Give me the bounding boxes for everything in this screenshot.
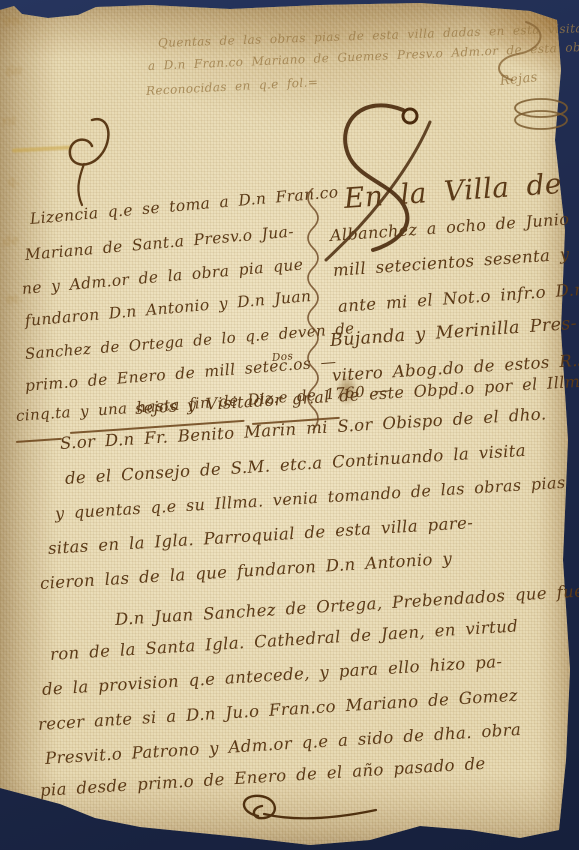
bleedthrough-mark: 9n.: [2, 13, 25, 31]
paraph-flourish: [228, 788, 383, 836]
rubric-icon: [512, 96, 570, 132]
flourish-icon: [468, 16, 550, 88]
bleedthrough-mark: de: [2, 233, 20, 250]
document-photo-background: 9n. 6o ra q. de m. Quentas de las obras …: [0, 0, 579, 850]
bleedthrough-mark: ra: [1, 113, 17, 130]
bleedthrough-mark: 6o: [5, 63, 23, 80]
bleedthrough-mark: m.: [5, 291, 23, 308]
margin-superscript: Dos: [271, 350, 293, 364]
initial-flourish: [40, 112, 120, 210]
bleedthrough-mark: q.: [6, 173, 20, 190]
